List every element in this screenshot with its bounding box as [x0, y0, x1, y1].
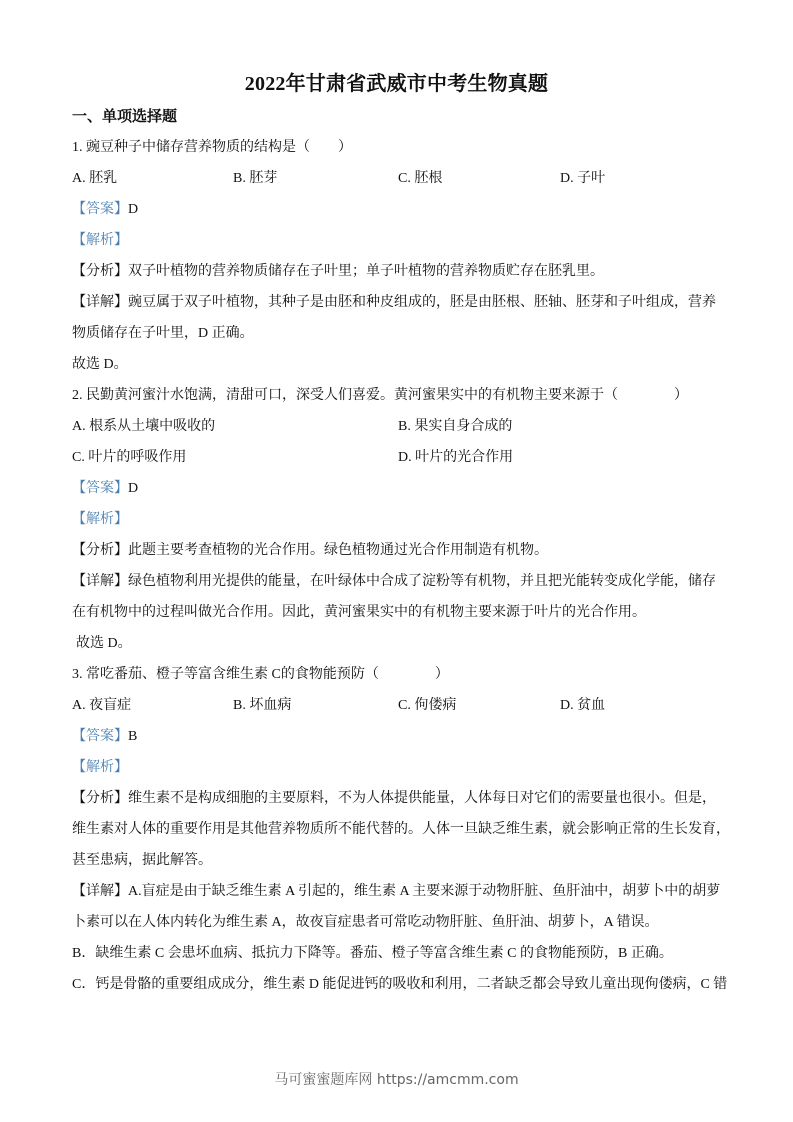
footer-watermark: 马可蜜蜜题库网 https://amcmm.com [0, 1070, 793, 1090]
document-page: 2022年甘肃省武威市中考生物真题 一、单项选择题 1. 豌豆种子中储存营养物质… [0, 0, 793, 1122]
question-2-options-row-1: A. 根系从土壤中吸收的 B. 果实自身合成的 [72, 417, 724, 448]
question-3-option-d: D. 贫血 [560, 696, 605, 716]
xiangjie-tag: 【详解】 [72, 574, 128, 589]
question-3-xiangjie-line-2: 卜素可以在人体内转化为维生素 A，故夜盲症患者可常吃动物肝脏、鱼肝油、胡萝卜，A… [72, 913, 724, 944]
section-heading: 一、单项选择题 [72, 107, 177, 127]
question-1-fenxi: 【分析】双子叶植物的营养物质储存在子叶里；单子叶植物的营养物质贮存在胚乳里。 [72, 262, 724, 293]
question-2-options-row-2: C. 叶片的呼吸作用 D. 叶片的光合作用 [72, 448, 724, 479]
question-3-answer: 【答案】B [72, 727, 724, 758]
xiangjie-text: 绿色植物利用光提供的能量，在叶绿体中合成了淀粉等有机物，并且把光能转变成化学能，… [128, 574, 716, 589]
question-3-analysis-heading: 【解析】 [72, 758, 724, 789]
question-2-xiangjie-line-1: 【详解】绿色植物利用光提供的能量，在叶绿体中合成了淀粉等有机物，并且把光能转变成… [72, 572, 724, 603]
question-1-option-b: B. 胚芽 [233, 169, 277, 189]
answer-tag: 【答案】 [72, 481, 128, 496]
question-3-stem: 3. 常吃番茄、橙子等富含维生素 C的食物能预防（ ） [72, 665, 724, 696]
fenxi-text: 双子叶植物的营养物质储存在子叶里；单子叶植物的营养物质贮存在胚乳里。 [128, 264, 604, 279]
question-2-option-c: C. 叶片的呼吸作用 [72, 448, 186, 468]
question-2-answer: 【答案】D [72, 479, 724, 510]
question-1-answer: 【答案】D [72, 200, 724, 231]
xiangjie-text: 豌豆属于双子叶植物，其种子是由胚和种皮组成的，胚是由胚根、胚轴、胚芽和子叶组成，… [128, 295, 716, 310]
answer-value: B [128, 729, 137, 744]
analysis-tag: 【解析】 [72, 760, 128, 775]
answer-tag: 【答案】 [72, 729, 128, 744]
question-1-stem: 1. 豌豆种子中储存营养物质的结构是（ ） [72, 138, 724, 169]
question-3-option-b: B. 坏血病 [233, 696, 291, 716]
question-3-fenxi-line-2: 维生素对人体的重要作用是其他营养物质所不能代替的。人体一旦缺乏维生素，就会影响正… [72, 820, 724, 851]
fenxi-tag: 【分析】 [72, 791, 128, 806]
question-2-option-d: D. 叶片的光合作用 [398, 448, 513, 468]
document-body: 1. 豌豆种子中储存营养物质的结构是（ ） A. 胚乳 B. 胚芽 C. 胚根 … [72, 138, 724, 1006]
analysis-tag: 【解析】 [72, 512, 128, 527]
answer-value: D [128, 481, 138, 496]
question-1-conclusion: 故选 D。 [72, 355, 724, 386]
question-3-fenxi-line-3: 甚至患病，据此解答。 [72, 851, 724, 882]
fenxi-tag: 【分析】 [72, 264, 128, 279]
question-3-option-a: A. 夜盲症 [72, 696, 131, 716]
question-3-xiangjie-line-4: C．钙是骨骼的重要组成成分，维生素 D 能促进钙的吸收和利用，二者缺乏都会导致儿… [72, 975, 724, 1006]
question-2-option-b: B. 果实自身合成的 [398, 417, 512, 437]
xiangjie-text: A.盲症是由于缺乏维生素 A 引起的，维生素 A 主要来源于动物肝脏、鱼肝油中，… [128, 884, 720, 899]
question-2-analysis-heading: 【解析】 [72, 510, 724, 541]
question-1-xiangjie-line-2: 物质储存在子叶里，D 正确。 [72, 324, 724, 355]
question-2-option-a: A. 根系从土壤中吸收的 [72, 417, 215, 437]
analysis-tag: 【解析】 [72, 233, 128, 248]
question-3-fenxi-line-1: 【分析】维生素不是构成细胞的主要原料，不为人体提供能量，人体每日对它们的需要量也… [72, 789, 724, 820]
question-1-option-d: D. 子叶 [560, 169, 605, 189]
question-1-analysis-heading: 【解析】 [72, 231, 724, 262]
question-1-option-c: C. 胚根 [398, 169, 442, 189]
question-3-xiangjie-line-3: B．缺维生素 C 会患坏血病、抵抗力下降等。番茄、橙子等富含维生素 C 的食物能… [72, 944, 724, 975]
fenxi-text: 此题主要考查植物的光合作用。绿色植物通过光合作用制造有机物。 [128, 543, 548, 558]
question-3-xiangjie-line-1: 【详解】A.盲症是由于缺乏维生素 A 引起的，维生素 A 主要来源于动物肝脏、鱼… [72, 882, 724, 913]
document-title: 2022年甘肃省武威市中考生物真题 [0, 71, 793, 97]
question-1-option-a: A. 胚乳 [72, 169, 117, 189]
fenxi-text: 维生素不是构成细胞的主要原料，不为人体提供能量，人体每日对它们的需要量也很小。但… [128, 791, 716, 806]
question-2-fenxi: 【分析】此题主要考查植物的光合作用。绿色植物通过光合作用制造有机物。 [72, 541, 724, 572]
answer-tag: 【答案】 [72, 202, 128, 217]
fenxi-tag: 【分析】 [72, 543, 128, 558]
answer-value: D [128, 202, 138, 217]
question-2-stem: 2. 民勤黄河蜜汁水饱满，清甜可口，深受人们喜爱。黄河蜜果实中的有机物主要来源于… [72, 386, 724, 417]
xiangjie-tag: 【详解】 [72, 884, 128, 899]
question-3-options: A. 夜盲症 B. 坏血病 C. 佝偻病 D. 贫血 [72, 696, 724, 727]
question-3-option-c: C. 佝偻病 [398, 696, 456, 716]
question-1-options: A. 胚乳 B. 胚芽 C. 胚根 D. 子叶 [72, 169, 724, 200]
question-2-conclusion: 故选 D。 [72, 634, 724, 665]
question-2-xiangjie-line-2: 在有机物中的过程叫做光合作用。因此，黄河蜜果实中的有机物主要来源于叶片的光合作用… [72, 603, 724, 634]
question-1-xiangjie-line-1: 【详解】豌豆属于双子叶植物，其种子是由胚和种皮组成的，胚是由胚根、胚轴、胚芽和子… [72, 293, 724, 324]
xiangjie-tag: 【详解】 [72, 295, 128, 310]
